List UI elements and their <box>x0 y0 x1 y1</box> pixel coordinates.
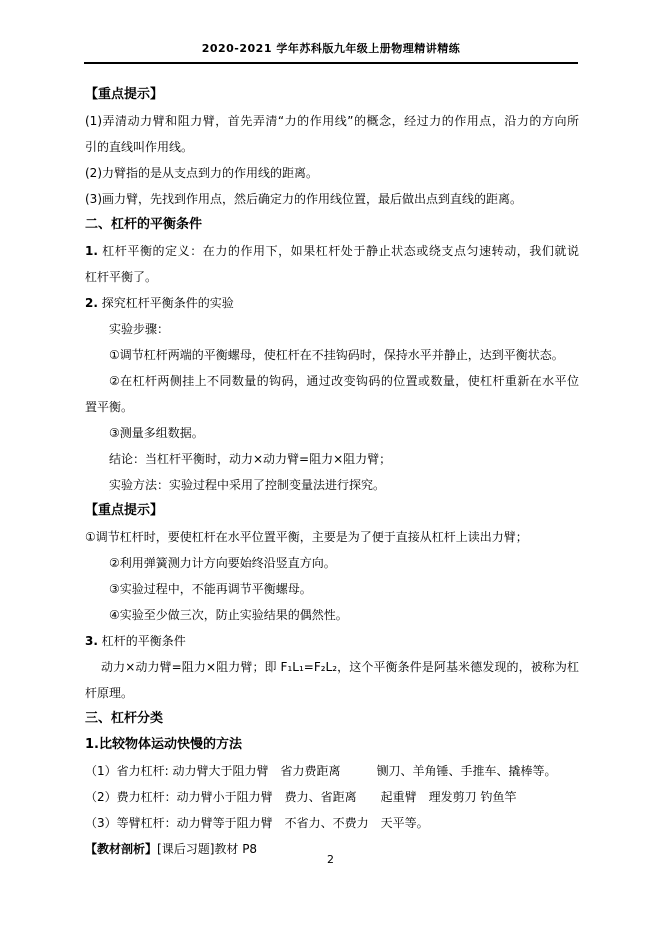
text-line: （1）省力杠杆: 动力臂大于阻力臂 省力费距离 铡刀、羊角锤、手推车、撬棒等。 <box>85 758 579 784</box>
text-line-bold-prefix: 2. <box>85 296 98 310</box>
text-line: ③实验过程中，不能再调节平衡螺母。 <box>85 576 579 602</box>
text-line: ②利用弹簧测力计方向要始终沿竖直方向。 <box>85 550 579 576</box>
text-line: ④实验至少做三次，防止实验结果的偶然性。 <box>85 602 579 628</box>
text-line: 二、杠杆的平衡条件 <box>85 212 579 238</box>
text-line: 【重点提示】 <box>85 498 579 524</box>
text-line: (1)弄清动力臂和阻力臂，首先弄清“力的作用线”的概念，经过力的作用点，沿力的方… <box>85 108 579 134</box>
text-line: 实验步骤： <box>85 316 579 342</box>
text-line: 实验方法：实验过程中采用了控制变量法进行探究。 <box>85 472 579 498</box>
text-line: 杠杆平衡了。 <box>85 264 579 290</box>
page-number: 2 <box>0 851 661 869</box>
text-line: 2. 探究杠杆平衡条件的实验 <box>85 290 579 316</box>
document-body: 【重点提示】(1)弄清动力臂和阻力臂，首先弄清“力的作用线”的概念，经过力的作用… <box>85 82 579 862</box>
text-line: （2）费力杠杆：动力臂小于阻力臂 费力、省距离 起重臂 理发剪刀 钓鱼竿 <box>85 784 579 810</box>
text-line: 结论：当杠杆平衡时，动力×动力臂=阻力×阻力臂； <box>85 446 579 472</box>
text-line: ②在杠杆两侧挂上不同数量的钩码，通过改变钩码的位置或数量，使杠杆重新在水平位 <box>85 368 579 394</box>
document-page: 2020-2021 学年苏科版九年级上册物理精讲精练 【重点提示】(1)弄清动力… <box>0 0 661 935</box>
text-line: (3)画力臂，先找到作用点，然后确定力的作用线位置，最后做出点到直线的距离。 <box>85 186 579 212</box>
text-line: 置平衡。 <box>85 394 579 420</box>
page-header-title: 2020-2021 学年苏科版九年级上册物理精讲精练 <box>84 40 578 64</box>
text-line: 1.比较物体运动快慢的方法 <box>85 732 579 758</box>
text-line: 动力×动力臂=阻力×阻力臂；即 F₁L₁=F₂L₂，这个平衡条件是阿基米德发现的… <box>85 654 579 680</box>
text-line: ③测量多组数据。 <box>85 420 579 446</box>
text-line: 杆原理。 <box>85 680 579 706</box>
text-line: ①调节杠杆两端的平衡螺母，使杠杆在不挂钩码时，保持水平并静止，达到平衡状态。 <box>85 342 579 368</box>
text-line: （3）等臂杠杆：动力臂等于阻力臂 不省力、不费力 天平等。 <box>85 810 579 836</box>
text-line: 三、杠杆分类 <box>85 706 579 732</box>
text-line-bold-prefix: 1. <box>85 244 98 258</box>
text-line: 1. 杠杆平衡的定义：在力的作用下，如果杠杆处于静止状态或绕支点匀速转动，我们就… <box>85 238 579 264</box>
text-line: (2)力臂指的是从支点到力的作用线的距离。 <box>85 160 579 186</box>
text-line: 3. 杠杆的平衡条件 <box>85 628 579 654</box>
text-line: 【重点提示】 <box>85 82 579 108</box>
text-line: 引的直线叫作用线。 <box>85 134 579 160</box>
text-line-bold-prefix: 3. <box>85 634 98 648</box>
text-line: ①调节杠杆时，要使杠杆在水平位置平衡，主要是为了便于直接从杠杆上读出力臂； <box>85 524 579 550</box>
